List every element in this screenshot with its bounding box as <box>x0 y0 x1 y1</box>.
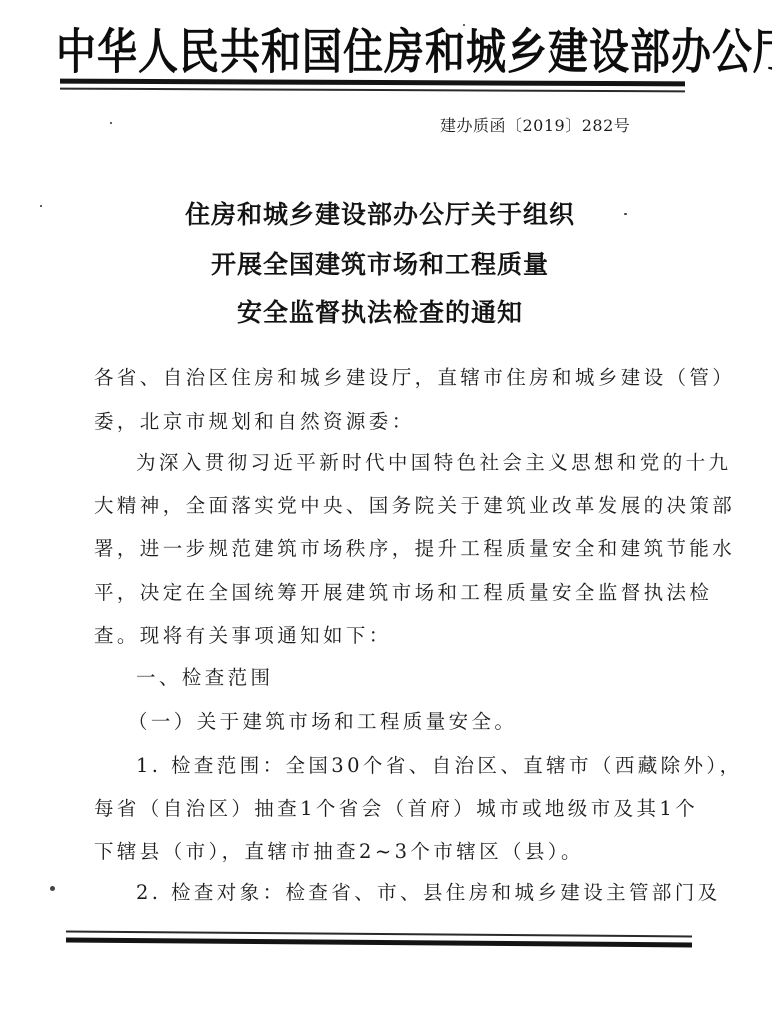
footer-thick-rule <box>66 938 692 948</box>
document-number: 建办质函〔2019〕282号 <box>440 113 630 136</box>
scan-speck <box>463 24 465 26</box>
footer-thin-rule <box>66 931 692 937</box>
scan-speck <box>624 213 627 215</box>
header-thin-rule <box>60 88 685 92</box>
item-1-line-1: 1. 检查范围：全国30个省、自治区、直辖市（西藏除外）， <box>136 750 742 778</box>
section-heading-scope: 一、检查范围 <box>136 662 273 690</box>
item-1-line-3: 下辖县（市），直辖市抽查2~3个市辖区（县）。 <box>94 836 584 864</box>
body-line-4: 平，决定在全国统筹开展建筑市场和工程质量安全监督执法检 <box>94 577 712 605</box>
scan-speck <box>50 886 55 891</box>
body-line-2: 大精神，全面落实党中央、国务院关于建筑业改革发展的决策部 <box>94 490 735 518</box>
addressee-line-2: 委，北京市规划和自然资源委： <box>94 406 415 434</box>
document-title-line-2: 开展全国建筑市场和工程质量 <box>150 245 610 281</box>
item-1-line-2: 每省（自治区）抽查1个省会（首府）城市或地级市及其1个 <box>94 793 698 821</box>
body-line-3: 署，进一步规范建筑市场秩序，提升工程质量安全和建筑节能水 <box>94 533 735 561</box>
subsection-heading-market-quality: （一）关于建筑市场和工程质量安全。 <box>128 706 517 734</box>
scan-speck <box>110 122 112 124</box>
item-2-line-1: 2. 检查对象：检查省、市、县住房和城乡建设主管部门及 <box>136 877 721 905</box>
addressee-line-1: 各省、自治区住房和城乡建设厅，直辖市住房和城乡建设（管） <box>94 362 735 390</box>
scan-speck <box>40 205 42 207</box>
document-title-line-3: 安全监督执法检查的通知 <box>150 293 610 329</box>
body-line-5: 查。现将有关事项通知如下： <box>94 620 392 648</box>
issuer-header: 中华人民共和国住房和城乡建设部办公厅 <box>56 14 646 82</box>
document-title-line-1: 住房和城乡建设部办公厅关于组织 <box>150 195 610 231</box>
body-line-1: 为深入贯彻习近平新时代中国特色社会主义思想和党的十九 <box>136 447 731 475</box>
scanned-document-page: 中华人民共和国住房和城乡建设部办公厅 建办质函〔2019〕282号 住房和城乡建… <box>0 0 772 1015</box>
